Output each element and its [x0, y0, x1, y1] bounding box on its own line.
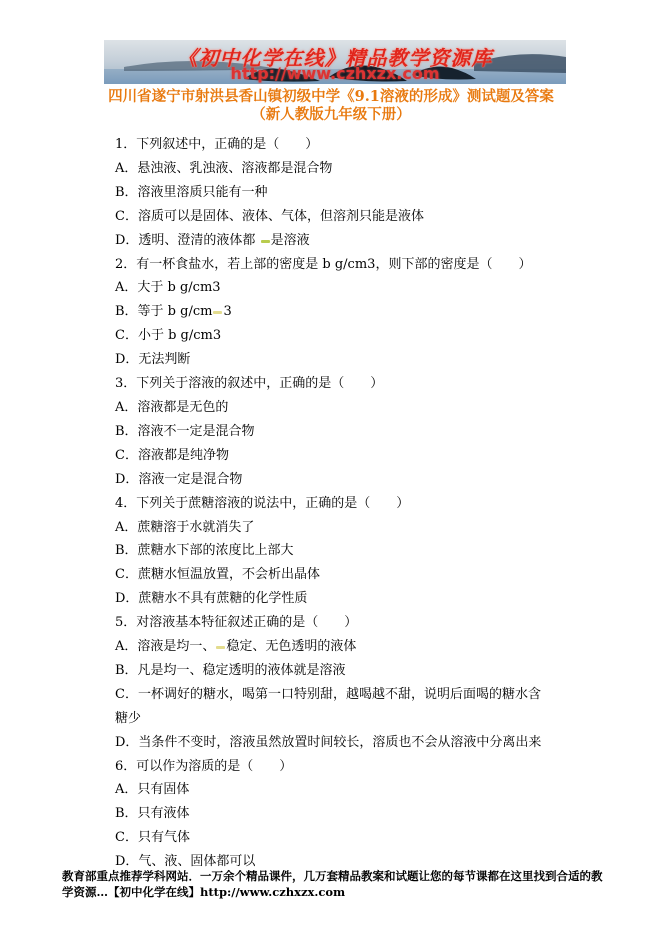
question-stem: 6．可以作为溶质的是（ ） [115, 755, 547, 779]
page-footer: 教育部重点推荐学科网站．一万余个精品课件，几万套精品教案和试题让您的每节课都在这… [62, 869, 608, 900]
option-text: B．溶液里溶质只能有一种 [115, 185, 268, 200]
question-block: 3．下列关于溶液的叙述中，正确的是（ ） A．溶液都是无色的B．溶液不一定是混合… [115, 372, 547, 492]
option-text: C．溶质可以是固体、液体、气体，但溶剂只能是液体 [115, 209, 424, 224]
option-text: D．气、液、固体都可以 [115, 854, 255, 869]
proofing-mark-icon [261, 240, 270, 243]
banner-site-url-link[interactable]: http://www.czhxzx.com [104, 64, 566, 83]
question-options: A．悬浊液、乳浊液、溶液都是混合物B．溶液里溶质只能有一种C．溶质可以是固体、液… [115, 157, 547, 253]
question-stem: 1．下列叙述中，正确的是（ ） [115, 133, 547, 157]
proofing-mark-icon [213, 311, 222, 314]
option-text: A．蔗糖溶于水就消失了 [115, 520, 254, 535]
option-line: D．当条件不变时，溶液虽然放置时间较长，溶质也不会从溶液中分离出来 [115, 731, 547, 755]
option-line: D．溶液一定是混合物 [115, 468, 547, 492]
option-text: D．无法判断 [115, 352, 190, 367]
option-line: B．只有液体 [115, 802, 547, 826]
option-text: C．只有气体 [115, 830, 190, 845]
option-text: A．溶液是均一、 [115, 639, 215, 654]
option-line: D．无法判断 [115, 348, 547, 372]
option-line: A．溶液是均一、稳定、无色透明的液体 [115, 635, 547, 659]
doc-title-line2: （新人教版九年级下册） [251, 106, 411, 123]
question-stem: 2．有一杯食盐水，若上部的密度是 b g/cm3，则下部的密度是（ ） [115, 253, 547, 277]
option-line: A．蔗糖溶于水就消失了 [115, 516, 547, 540]
question-options: A．大于 b g/cm3B．等于 b g/cm3C．小于 b g/cm3D．无法… [115, 276, 547, 372]
option-text: A．只有固体 [115, 782, 189, 797]
option-text: C．一杯调好的糖水，喝第一口特别甜，越喝越不甜，说明后面喝的糖水含糖少 [115, 687, 541, 726]
question-block: 4．下列关于蔗糖溶液的说法中，正确的是（ ） A．蔗糖溶于水就消失了B．蔗糖水下… [115, 492, 547, 612]
doc-title-line1: 四川省遂宁市射洪县香山镇初级中学《9.1溶液的形成》测试题及答案 [108, 88, 554, 105]
option-text: B．等于 b g/cm [115, 304, 212, 319]
option-text: A．大于 b g/cm3 [115, 280, 221, 295]
question-stem: 3．下列关于溶液的叙述中，正确的是（ ） [115, 372, 547, 396]
question-list: 1．下列叙述中，正确的是（ ） A．悬浊液、乳浊液、溶液都是混合物B．溶液里溶质… [115, 133, 547, 874]
question-options: A．蔗糖溶于水就消失了B．蔗糖水下部的浓度比上部大C．蔗糖水恒温放置，不会析出晶… [115, 516, 547, 612]
option-text: B．蔗糖水下部的浓度比上部大 [115, 543, 294, 558]
option-line: B．凡是均一、稳定透明的液体就是溶液 [115, 659, 547, 683]
option-text: C．溶液都是纯净物 [115, 448, 229, 463]
option-text: A．悬浊液、乳浊液、溶液都是混合物 [115, 161, 332, 176]
question-stem: 4．下列关于蔗糖溶液的说法中，正确的是（ ） [115, 492, 547, 516]
option-text: A．溶液都是无色的 [115, 400, 228, 415]
option-text: C．蔗糖水恒温放置，不会析出晶体 [115, 567, 320, 582]
option-text: D．当条件不变时，溶液虽然放置时间较长，溶质也不会从溶液中分离出来 [115, 735, 541, 750]
option-line: C．溶质可以是固体、液体、气体，但溶剂只能是液体 [115, 205, 547, 229]
option-text: B．凡是均一、稳定透明的液体就是溶液 [115, 663, 346, 678]
option-text: 3 [223, 304, 231, 319]
site-banner: 《初中化学在线》精品教学资源库 http://www.czhxzx.com [104, 40, 566, 84]
option-line: A．溶液都是无色的 [115, 396, 547, 420]
option-text: C．小于 b g/cm3 [115, 328, 221, 343]
option-line: C．只有气体 [115, 826, 547, 850]
option-line: B．溶液里溶质只能有一种 [115, 181, 547, 205]
option-line: D．蔗糖水不具有蔗糖的化学性质 [115, 587, 547, 611]
question-block: 6．可以作为溶质的是（ ） A．只有固体B．只有液体C．只有气体D．气、液、固体… [115, 755, 547, 875]
footer-site-url-link[interactable]: http://www.czhxzx.com [200, 885, 345, 899]
doc-title: 四川省遂宁市射洪县香山镇初级中学《9.1溶液的形成》测试题及答案 （新人教版九年… [0, 88, 662, 123]
question-block: 2．有一杯食盐水，若上部的密度是 b g/cm3，则下部的密度是（ ） A．大于… [115, 253, 547, 373]
option-text: D．溶液一定是混合物 [115, 472, 242, 487]
option-text: 是溶液 [271, 233, 310, 248]
option-line: C．溶液都是纯净物 [115, 444, 547, 468]
option-line: D．透明、澄清的液体都 是溶液 [115, 229, 547, 253]
option-text: D．透明、澄清的液体都 [115, 233, 260, 248]
option-line: A．悬浊液、乳浊液、溶液都是混合物 [115, 157, 547, 181]
option-text: B．溶液不一定是混合物 [115, 424, 255, 439]
option-line: C．蔗糖水恒温放置，不会析出晶体 [115, 563, 547, 587]
option-line: B．蔗糖水下部的浓度比上部大 [115, 539, 547, 563]
option-text: D．蔗糖水不具有蔗糖的化学性质 [115, 591, 307, 606]
question-stem: 5．对溶液基本特征叙述正确的是（ ） [115, 611, 547, 635]
option-line: C．小于 b g/cm3 [115, 324, 547, 348]
option-text: 稳定、无色透明的液体 [226, 639, 356, 654]
document-page: 《初中化学在线》精品教学资源库 http://www.czhxzx.com 四川… [0, 0, 662, 936]
option-text: B．只有液体 [115, 806, 190, 821]
proofing-mark-icon [216, 646, 225, 649]
option-line: B．溶液不一定是混合物 [115, 420, 547, 444]
question-options: A．只有固体B．只有液体C．只有气体D．气、液、固体都可以 [115, 778, 547, 874]
option-line: A．只有固体 [115, 778, 547, 802]
question-options: A．溶液是均一、稳定、无色透明的液体B．凡是均一、稳定透明的液体就是溶液C．一杯… [115, 635, 547, 755]
option-line: A．大于 b g/cm3 [115, 276, 547, 300]
question-options: A．溶液都是无色的B．溶液不一定是混合物C．溶液都是纯净物D．溶液一定是混合物 [115, 396, 547, 492]
question-block: 1．下列叙述中，正确的是（ ） A．悬浊液、乳浊液、溶液都是混合物B．溶液里溶质… [115, 133, 547, 253]
option-line: B．等于 b g/cm3 [115, 300, 547, 324]
option-line: C．一杯调好的糖水，喝第一口特别甜，越喝越不甜，说明后面喝的糖水含糖少 [115, 683, 547, 731]
question-block: 5．对溶液基本特征叙述正确的是（ ） A．溶液是均一、稳定、无色透明的液体B．凡… [115, 611, 547, 754]
